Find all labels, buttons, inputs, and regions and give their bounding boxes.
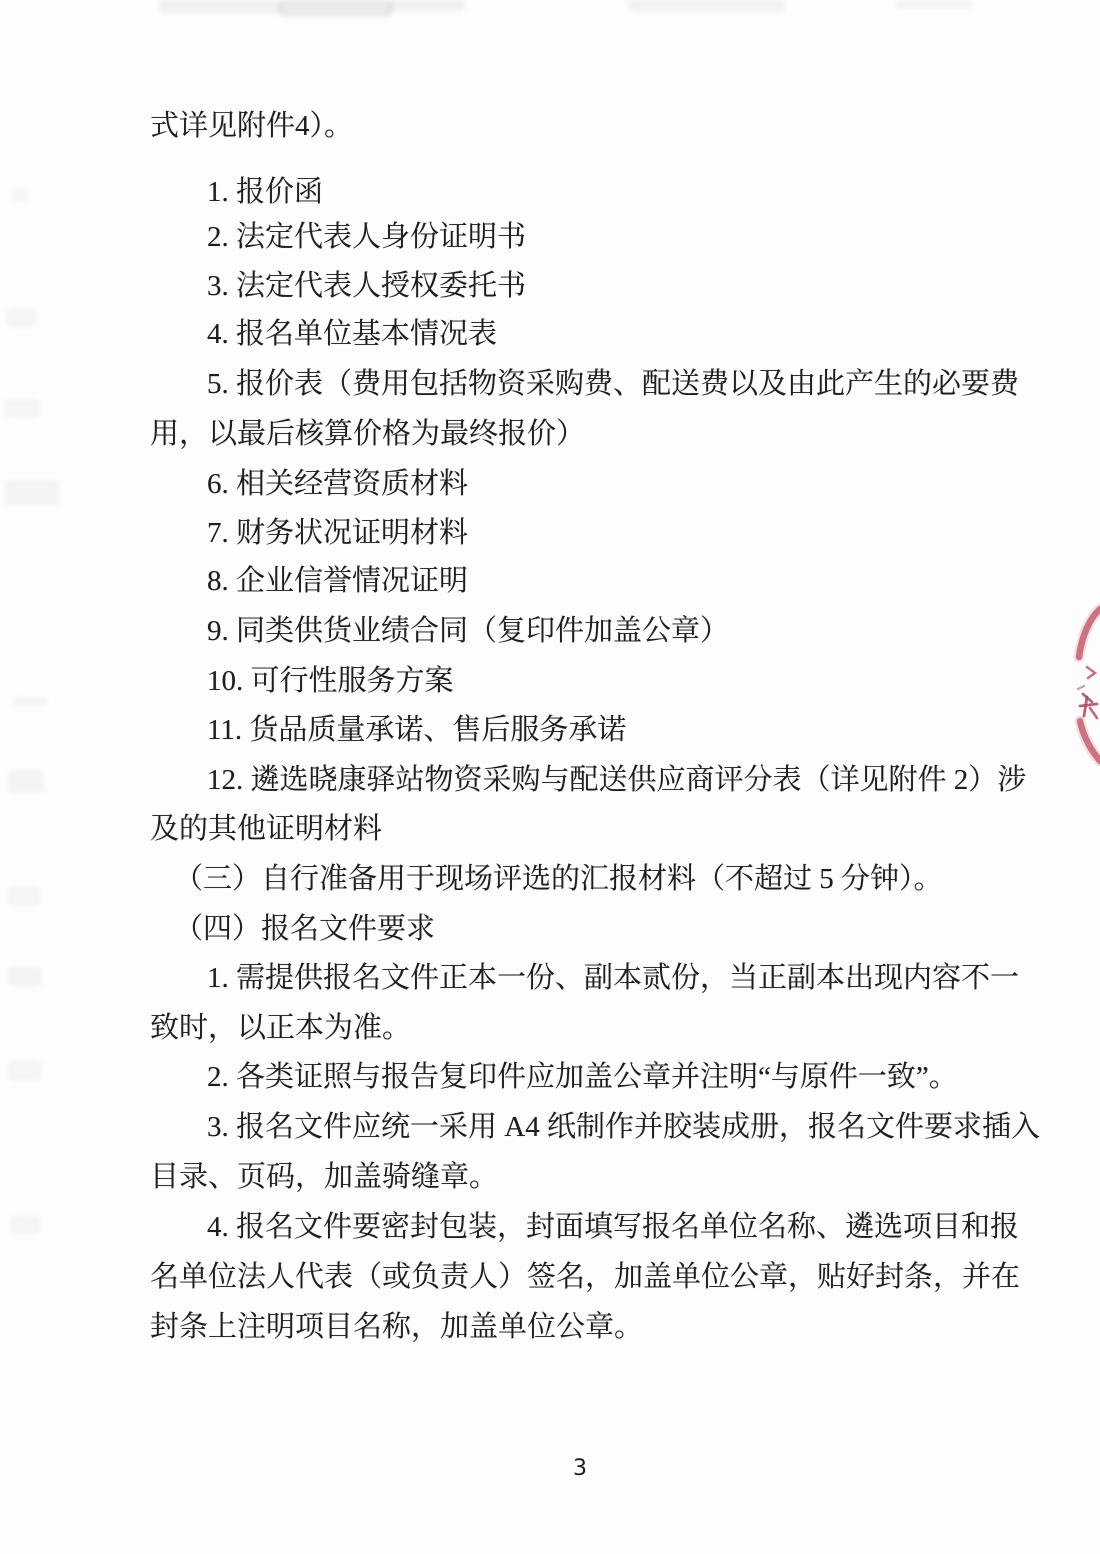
scan-artifact [158,0,283,13]
section-heading: （四）报名文件要求 [150,910,1054,948]
scan-artifact [628,0,786,12]
list-item: 9. 同类供货业绩合同（复印件加盖公章） [150,612,1087,650]
scan-artifact [12,697,48,707]
scan-artifact [8,770,44,793]
scan-artifact [278,0,393,17]
list-item: 10. 可行性服务方案 [150,662,1087,700]
list-item: 8. 企业信誉情况证明 [150,562,1087,600]
list-item: 1. 需提供报名文件正本一份、副本贰份，当正副本出现内容不一 [150,959,1087,997]
list-item: 2. 法定代表人身份证明书 [150,218,1087,256]
scan-artifact [8,1060,42,1081]
list-item: 1. 报价函 [150,173,1087,211]
doc-line: 目录、页码，加盖骑缝章。 [150,1158,1030,1196]
list-item: 4. 报名单位基本情况表 [150,315,1087,353]
scan-artifact [8,966,42,987]
scan-artifact [12,188,28,202]
list-item: 2. 各类证照与报告复印件应加盖公章并注明“与原件一致”。 [150,1058,1087,1096]
section-heading: （三）自行准备用于现场评选的汇报材料（不超过 5 分钟）。 [150,860,1054,898]
red-seal-stamp-icon [1053,593,1100,783]
list-item: 12. 遴选晓康驿站物资采购与配送供应商评分表（详见附件 2）涉 [150,761,1087,799]
doc-line: 用，以最后核算价格为最终报价） [150,415,1030,453]
document-page: 式详见附件4）。 1. 报价函 2. 法定代表人身份证明书 3. 法定代表人授权… [0,0,1100,1554]
list-item: 3. 报名文件应统一采用 A4 纸制作并胶装成册，报名文件要求插入 [150,1108,1087,1146]
doc-line: 封条上注明项目名称，加盖单位公章。 [150,1308,1030,1346]
doc-line: 名单位法人代表（或负责人）签名，加盖单位公章，贴好封条，并在 [150,1258,1030,1296]
list-item: 6. 相关经营资质材料 [150,465,1087,503]
list-item: 5. 报价表（费用包括物资采购费、配送费以及由此产生的必要费 [150,365,1087,403]
page-number: 3 [556,1456,604,1481]
scan-artifact [388,0,466,11]
doc-line: 致时，以正本为准。 [150,1009,1030,1047]
scan-artifact [6,308,38,327]
scan-artifact [8,886,40,907]
scan-artifact [4,399,40,418]
list-item: 11. 货品质量承诺、售后服务承诺 [150,711,1087,749]
scan-artifact [895,0,973,9]
scan-artifact [4,480,60,506]
list-item: 4. 报名文件要密封包装，封面填写报名单位名称、遴选项目和报 [150,1208,1087,1246]
doc-line: 式详见附件4）。 [150,107,1030,145]
list-item: 7. 财务状况证明材料 [150,514,1087,552]
scan-artifact [10,1216,40,1235]
list-item: 3. 法定代表人授权委托书 [150,267,1087,305]
doc-line: 及的其他证明材料 [150,810,1030,848]
